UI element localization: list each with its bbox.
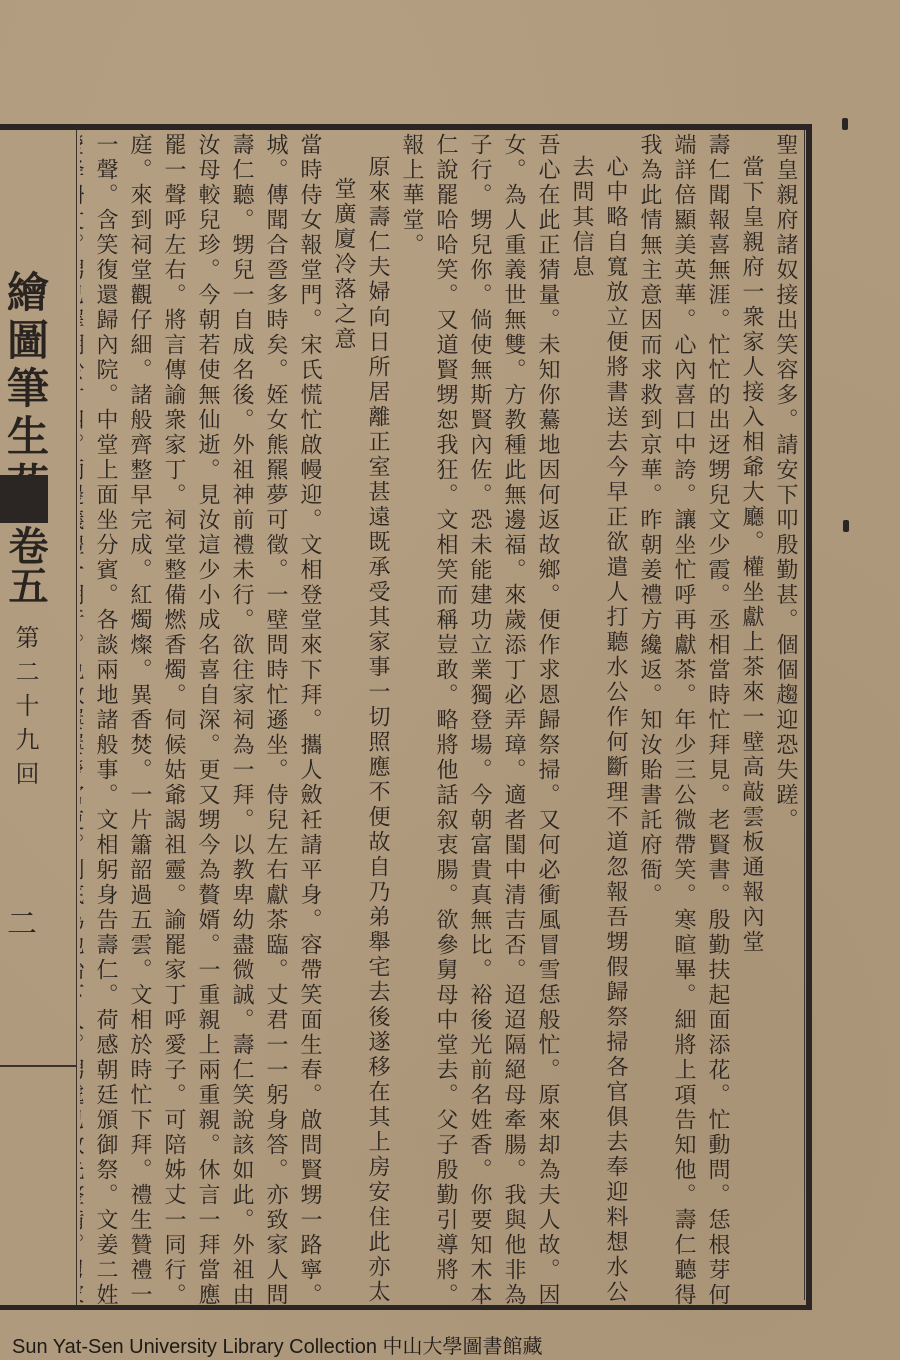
- text-column: 我為此情無主意因而求救到京華。昨朝姜禮方纔返。知汝貽書託府衙。: [632, 133, 666, 1305]
- text-column: 吾心在此正猜量。未知你驀地因何返故鄉。便作求恩歸祭掃。又何必衝風冒雪恁般忙。原來…: [530, 133, 564, 1305]
- text-column: 端詳倍顯美英華。心內喜口中誇。讓坐忙呼再獻茶。年少三公微帶笑。寒暄畢。細將上項告…: [666, 133, 700, 1305]
- text-column: 原來壽仁夫婦向日所居離正室甚遠既承受其家事一切照應不便故自乃弟舉宅去後遂移在其上…: [360, 133, 394, 1305]
- chapter-label: 第二十九回: [10, 625, 40, 795]
- binding-hole-mark: [842, 118, 848, 130]
- text-column: 聖皇親府諸奴接出笑容多。請安下叩殷勤甚。個個趨迎恐失蹉。: [768, 133, 802, 1305]
- banxin-divider: [0, 1065, 76, 1067]
- frame-inner-rule: [804, 130, 805, 1300]
- page-number: 二: [2, 905, 42, 945]
- volume-label: 卷五: [2, 525, 48, 605]
- fishtail-block: [0, 475, 48, 523]
- text-column: 子行。甥兒你。倘使無斯賢內佐。恐未能建功立業獨登場。今朝富貴真無比。裕後光前名姓…: [462, 133, 496, 1305]
- text-column: 壽仁聽。甥兒一自成名後。外祖神前禮未行。欲往家祠為一拜。以教卑幼盡微誠。壽仁笑說…: [224, 133, 258, 1305]
- text-column: 去問其信息: [564, 133, 598, 1305]
- text-column: 當下皇親府一衆家人接入相爺大廳。權坐獻上茶來一壁高敲雲板通報內堂: [734, 133, 768, 1305]
- library-watermark: Sun Yat-Sen University Library Collectio…: [12, 1330, 543, 1359]
- binding-hole-mark: [843, 520, 849, 532]
- text-column: 報上華堂。: [394, 133, 428, 1305]
- text-column: 城。傳聞合巹多時矣。姪女熊羆夢可徵。一壁問時忙遜坐。侍兒左右獻茶臨。丈君一一躬身…: [258, 133, 292, 1305]
- text-column: 罷一聲呼左右。將言傳諭衆家丁。祠堂整備燃香燭。伺候姑爺謁祖靈。諭罷家丁呼愛子。可…: [156, 133, 190, 1305]
- text-column: 塋降冊文。甥已擇期於廿四。兩邊儀禮一朝行。免教屢屢勞官吏。到底為他治下人。甥處已…: [80, 133, 88, 1305]
- text-column: 女。為人重義世無雙。方教種此無邊福。來歲添丁必弄璋。適者閨中清吉否。迢迢隔絕母牽…: [496, 133, 530, 1305]
- text-column: 庭。來到祠堂觀仔細。諸般齊整早完成。紅燭燦。異香焚。一片簫韶過五雲。文相於時忙下…: [122, 133, 156, 1305]
- text-column: 一聲。含笑復還歸內院。中堂上面坐分賓。各談兩地諸般事。文相躬身告壽仁。荷感朝廷頒…: [88, 133, 122, 1305]
- text-column: 堂廣廈冷落之意: [326, 133, 360, 1305]
- banxin-center-column: 繪圖筆生花 卷五 第二十九回 二: [0, 130, 77, 1305]
- book-title: 繪圖筆生花: [2, 270, 48, 510]
- text-column: 當時侍女報堂門。宋氏慌忙啟幔迎。文相登堂來下拜。攜人斂衽請平身。容帶笑面生春。啟…: [292, 133, 326, 1305]
- text-column: 汝母較兒珍。今朝若使無仙逝。見汝這少小成名喜自深。更又甥今為贅婿。一重親上兩重親…: [190, 133, 224, 1305]
- text-column: 壽仁聞報喜無涯。忙忙的出迓甥兒文少霞。丞相當時忙拜見。老賢書。殷勤扶起面添花。忙…: [700, 133, 734, 1305]
- text-column: 心中略自寬放立便將書送去今早正欲遣人打聽水公作何斷理不道忽報吾甥假歸祭掃各官俱去…: [598, 133, 632, 1305]
- text-column: 仁說罷哈哈笑。又道賢甥恕我狂。文相笑而稱豈敢。略將他話叙衷腸。欲參舅母中堂去。父…: [428, 133, 462, 1305]
- main-text-body: 聖皇親府諸奴接出笑容多。請安下叩殷勤甚。個個趨迎恐失蹉。 當下皇親府一衆家人接入…: [80, 133, 802, 1305]
